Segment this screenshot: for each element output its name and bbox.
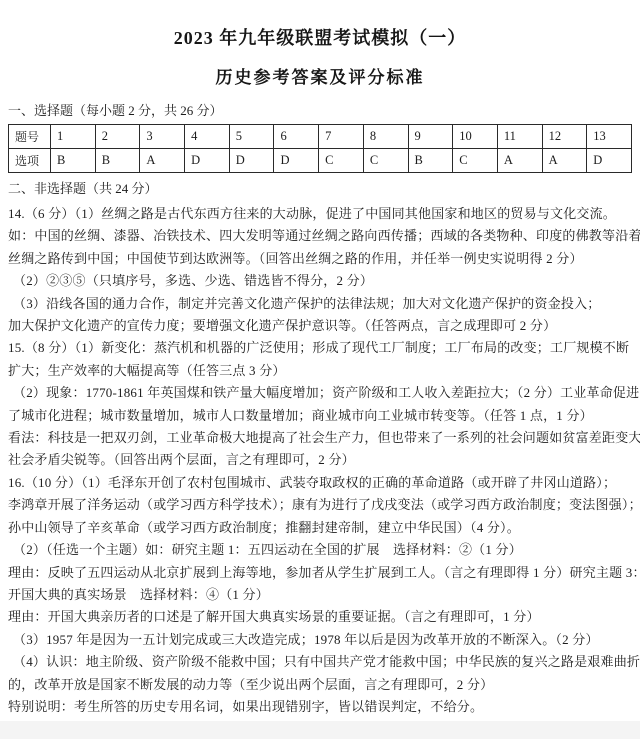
table-cell-answer: C: [319, 149, 364, 173]
answer-text-line: 孙中山领导了辛亥革命（或学习西方政治制度；推翻封建帝制，建立中华民国）（4 分）…: [8, 517, 632, 539]
answer-text-line: 14.（6 分）（1）丝绸之路是古代东西方往来的大动脉，促进了中国同其他国家和地…: [8, 203, 632, 225]
table-cell-number: 12: [542, 125, 587, 149]
table-cell-number: 13: [587, 125, 632, 149]
table-cell-number: 11: [497, 125, 542, 149]
answer-text-line: 扩大；生产效率的大幅提高等（任答三点 3 分）: [8, 360, 632, 382]
document-subtitle: 历史参考答案及评分标准: [8, 63, 632, 88]
table-cell-answer: B: [408, 149, 453, 173]
answer-text-line: 16.（10 分）（1）毛泽东开创了农村包围城市、武装夺取政权的正确的革命道路（…: [8, 472, 632, 494]
table-cell-answer: C: [453, 149, 498, 173]
table-cell-answer: A: [497, 149, 542, 173]
answer-text-line: 了城市化进程；城市数量增加，城市人口数量增加；商业城市向工业城市转变等。（任答 …: [8, 405, 632, 427]
answer-text-line: 加大保护文化遗产的宣传力度；要增强文化遗产保护意识等。（任答两点，言之成理即可 …: [8, 315, 632, 337]
exam-answer-document: 2023 年九年级联盟考试模拟（一） 历史参考答案及评分标准 一、选择题（每小题…: [0, 0, 640, 739]
answer-text-line: 李鸿章开展了洋务运动（或学习西方科学技术）；康有为进行了戊戌变法（或学习西方政治…: [8, 494, 632, 516]
table-cell-number: 5: [229, 125, 274, 149]
answer-text-line: （3）1957 年是因为一五计划完成或三大改造完成；1978 年以后是因为改革开…: [8, 629, 632, 651]
document-content: 2023 年九年级联盟考试模拟（一） 历史参考答案及评分标准 一、选择题（每小题…: [0, 0, 640, 718]
table-row-question-numbers: 题号 1 2 3 4 5 6 7 8 9 10 11 12 13: [9, 125, 632, 149]
answer-text-line: 15.（8 分）（1）新变化：蒸汽机和机器的广泛使用；形成了现代工厂制度；工厂布…: [8, 337, 632, 359]
answer-text-line: 社会矛盾尖锐等。（回答出两个层面，言之有理即可，2 分）: [8, 449, 632, 471]
answer-text-line: 理由：反映了五四运动从北京扩展到上海等地，参加者从学生扩展到工人。（言之有理即得…: [8, 562, 632, 584]
section-heading-choice: 一、选择题（每小题 2 分，共 26 分）: [8, 100, 632, 119]
table-cell-number: 10: [453, 125, 498, 149]
table-cell-number: 2: [95, 125, 140, 149]
table-cell-number: 1: [51, 125, 96, 149]
table-cell-number: 4: [185, 125, 230, 149]
answer-key-table: 题号 1 2 3 4 5 6 7 8 9 10 11 12 13 选项 B B …: [8, 124, 632, 173]
table-cell-number: 7: [319, 125, 364, 149]
answer-text-line: 理由：开国大典亲历者的口述是了解开国大典真实场景的重要证据。（言之有理即可，1 …: [8, 606, 632, 628]
answer-text-line: （2）②③⑤（只填序号，多选、少选、错选皆不得分，2 分）: [8, 270, 632, 292]
table-cell-answer: D: [185, 149, 230, 173]
table-cell-number: 3: [140, 125, 185, 149]
answer-text-line: 丝绸之路传到中国；中国使节到达欧洲等。（回答出丝绸之路的作用，并任举一例史实说明…: [8, 248, 632, 270]
table-cell-answer: D: [587, 149, 632, 173]
table-cell-answer: A: [542, 149, 587, 173]
section-heading-non-choice: 二、非选择题（共 24 分）: [8, 178, 632, 197]
table-cell-answer: B: [95, 149, 140, 173]
answer-text-line: （2）（任选一个主题）如：研究主题 1：五四运动在全国的扩展 选择材料：②（1 …: [8, 539, 632, 561]
answer-text-line: （2）现象：1770-1861 年英国煤和铁产量大幅度增加；资产阶级和工人收入差…: [8, 382, 632, 404]
answer-text-line: 特别说明：考生所答的历史专用名词，如果出现错别字，皆以错误判定，不给分。: [8, 696, 632, 718]
table-cell-number: 8: [363, 125, 408, 149]
row-label-option: 选项: [9, 149, 51, 173]
answer-text-line: 的，改革开放是国家不断发展的动力等（至少说出两个层面，言之有理即可，2 分）: [8, 674, 632, 696]
document-title: 2023 年九年级联盟考试模拟（一）: [8, 24, 632, 50]
table-cell-answer: D: [229, 149, 274, 173]
table-cell-answer: D: [274, 149, 319, 173]
table-cell-number: 6: [274, 125, 319, 149]
table-cell-number: 9: [408, 125, 453, 149]
table-cell-answer: A: [140, 149, 185, 173]
answer-text-line: 看法：科技是一把双刃剑，工业革命极大地提高了社会生产力，但也带来了一系列的社会问…: [8, 427, 632, 449]
page-bottom-strip: [0, 721, 640, 739]
table-cell-answer: C: [363, 149, 408, 173]
answer-text-line: （3）沿线各国的通力合作，制定并完善文化遗产保护的法律法规；加大对文化遗产保护的…: [8, 293, 632, 315]
answer-text-line: 如：中国的丝绸、漆器、冶铁技术、四大发明等通过丝绸之路向西传播；西域的各类物种、…: [8, 225, 632, 247]
row-label-question-number: 题号: [9, 125, 51, 149]
table-cell-answer: B: [51, 149, 96, 173]
answer-text-line: 开国大典的真实场景 选择材料：④（1 分）: [8, 584, 632, 606]
answer-text-line: （4）认识：地主阶级、资产阶级不能救中国；只有中国共产党才能救中国；中华民族的复…: [8, 651, 632, 673]
answer-body: 14.（6 分）（1）丝绸之路是古代东西方往来的大动脉，促进了中国同其他国家和地…: [8, 203, 632, 718]
table-row-answer-options: 选项 B B A D D D C C B C A A D: [9, 149, 632, 173]
